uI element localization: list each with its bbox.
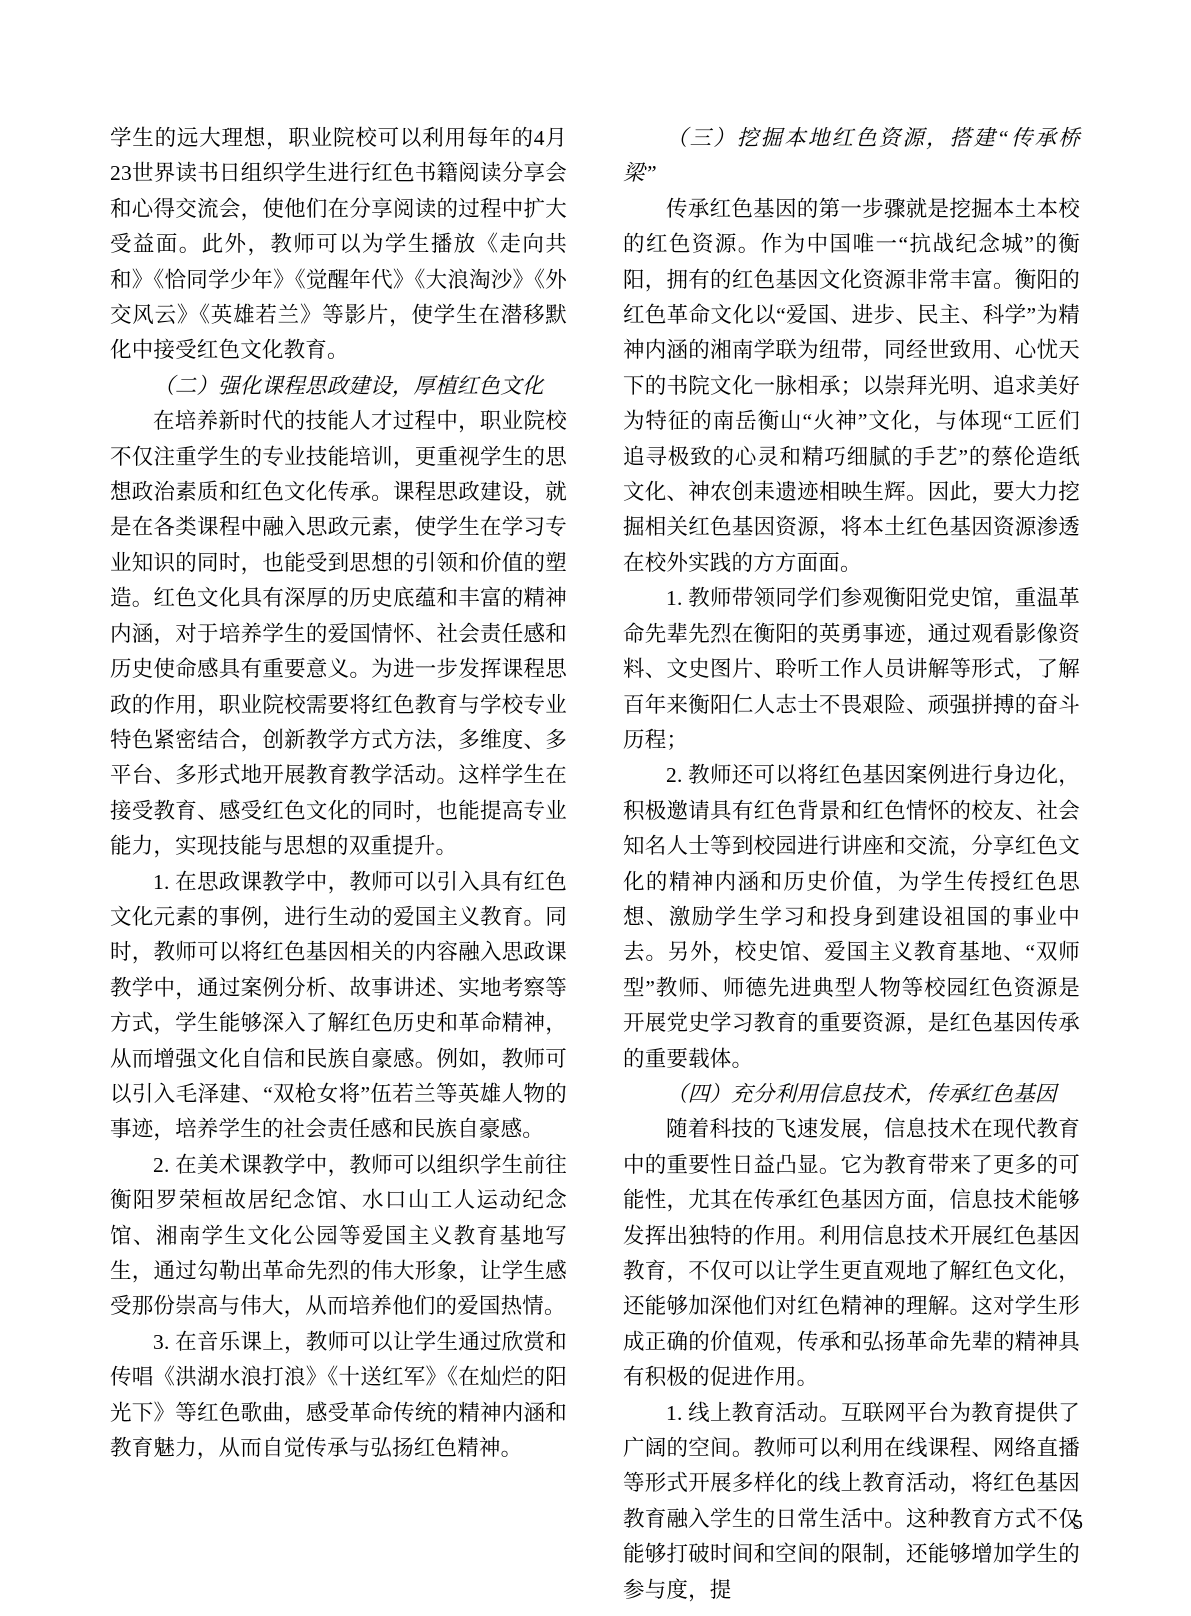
paragraph: 传承红色基因的第一步骤就是挖掘本土本校的红色资源。作为中国唯一“抗战纪念城”的衡… bbox=[623, 192, 1080, 581]
paragraph-item-1: 1. 教师带领同学们参观衡阳党史馆，重温革命先辈先烈在衡阳的英勇事迹，通过观看影… bbox=[623, 581, 1080, 758]
paragraph-item-3: 3. 在音乐课上，教师可以让学生通过欣赏和传唱《洪湖水浪打浪》《十送红军》《在灿… bbox=[110, 1325, 567, 1467]
page-number: 5 bbox=[1073, 1508, 1084, 1536]
document-page: 学生的远大理想，职业院校可以利用每年的4月23世界读书日组织学生进行红色书籍阅读… bbox=[0, 0, 1191, 1616]
section-heading-4: （四）充分利用信息技术，传承红色基因 bbox=[623, 1077, 1080, 1112]
section-heading-2: （二）强化课程思政建设，厚植红色文化 bbox=[110, 369, 567, 404]
left-column: 学生的远大理想，职业院校可以利用每年的4月23世界读书日组织学生进行红色书籍阅读… bbox=[110, 121, 567, 1466]
paragraph-item-2: 2. 教师还可以将红色基因案例进行身边化，积极邀请具有红色背景和红色情怀的校友、… bbox=[623, 758, 1080, 1077]
paragraph-item-1: 1. 在思政课教学中，教师可以引入具有红色文化元素的事例，进行生动的爱国主义教育… bbox=[110, 865, 567, 1148]
section-heading-3: （三）挖掘本地红色资源，搭建“传承桥梁” bbox=[623, 121, 1080, 192]
paragraph-continuation: 学生的远大理想，职业院校可以利用每年的4月23世界读书日组织学生进行红色书籍阅读… bbox=[110, 121, 567, 369]
paragraph: 在培养新时代的技能人才过程中，职业院校不仅注重学生的专业技能培训，更重视学生的思… bbox=[110, 404, 567, 864]
paragraph-item-1b: 1. 线上教育活动。互联网平台为教育提供了广阔的空间。教师可以利用在线课程、网络… bbox=[623, 1396, 1080, 1608]
right-column: （三）挖掘本地红色资源，搭建“传承桥梁” 传承红色基因的第一步骤就是挖掘本土本校… bbox=[623, 121, 1080, 1608]
paragraph: 随着科技的飞速发展，信息技术在现代教育中的重要性日益凸显。它为教育带来了更多的可… bbox=[623, 1112, 1080, 1395]
paragraph-item-2: 2. 在美术课教学中，教师可以组织学生前往衡阳罗荣桓故居纪念馆、水口山工人运动纪… bbox=[110, 1148, 567, 1325]
